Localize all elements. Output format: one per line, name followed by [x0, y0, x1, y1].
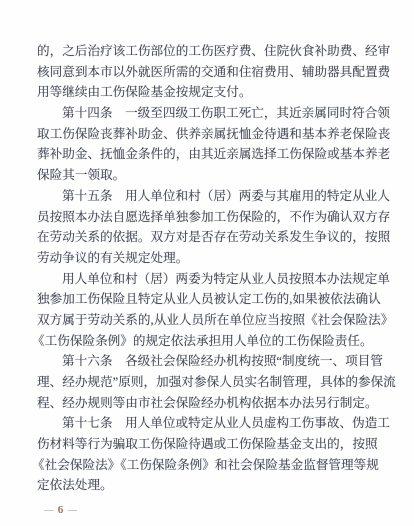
text-line-article-16: 第十六条 各级社会保险经办机构按照“制度统一、项目管: [37, 351, 382, 372]
text-line: 的，之后治疗该工伤部位的工伤医疗费、住院伙食补助费、经审: [37, 41, 382, 62]
page-number: 6: [58, 505, 64, 516]
text-line: 理、经办规范”原则，加强对参保人员实名制管理，具体的参保流: [37, 372, 382, 393]
text-line: 定依法处理。: [37, 475, 382, 496]
text-line-article-17: 第十七条 用人单位或特定从业人员虚构工伤事故、伪造工: [37, 413, 382, 434]
footer-dash-right: —: [68, 506, 78, 516]
document-body: 的，之后治疗该工伤部位的工伤医疗费、住院伙食补助费、经审 核同意到本市以外就医所…: [37, 41, 382, 496]
text-line: 在劳动关系的依据。双方对是否存在劳动关系发生争议的，按照: [37, 227, 382, 248]
text-line: 双方属于劳动关系的,从业人员所在单位应当按照《社会保险法》: [37, 310, 382, 331]
text-line: 程、经办规则等由市社会保险经办机构依据本办法另行制定。: [37, 393, 382, 414]
document-page: 的，之后治疗该工伤部位的工伤医疗费、住院伙食补助费、经审 核同意到本市以外就医所…: [0, 0, 414, 526]
text-line-article-14: 第十四条 一级至四级工伤职工死亡，其近亲属同时符合领: [37, 103, 382, 124]
text-line: 劳动争议的有关规定处理。: [37, 248, 382, 269]
text-line: 保险其一领取。: [37, 165, 382, 186]
text-line: 《社会保险法》《工伤保险条例》和社会保险基金监督管理等规: [32, 455, 382, 476]
text-line: 葬补助金、抚恤金条件的，由其近亲属选择工伤保险或基本养老: [37, 144, 382, 165]
text-line: 《工伤保险条例》的规定依法承担用人单位的工伤保险责任。: [32, 331, 382, 352]
page-footer: —6—: [44, 503, 78, 519]
text-line: 用等继续由工伤保险基金按规定支付。: [37, 82, 382, 103]
text-line-article-15: 第十五条 用人单位和村（居）两委与其雇用的特定从业人: [37, 186, 382, 207]
text-line: 伤材料等行为骗取工伤保险待遇或工伤保险基金支出的，按照: [37, 434, 382, 455]
footer-dash-left: —: [44, 506, 54, 516]
text-line: 用人单位和村（居）两委为特定从业人员按照本办法规定单: [37, 269, 382, 290]
text-line: 员按照本办法自愿选择单独参加工伤保险的，不作为确认双方存: [37, 207, 382, 228]
text-line: 取工伤保险丧葬补助金、供养亲属抚恤金待遇和基本养老保险丧: [37, 124, 382, 145]
text-line: 独参加工伤保险且特定从业人员被认定工伤的,如果被依法确认: [37, 289, 382, 310]
text-line: 核同意到本市以外就医所需的交通和住宿费用、辅助器具配置费: [37, 62, 382, 83]
